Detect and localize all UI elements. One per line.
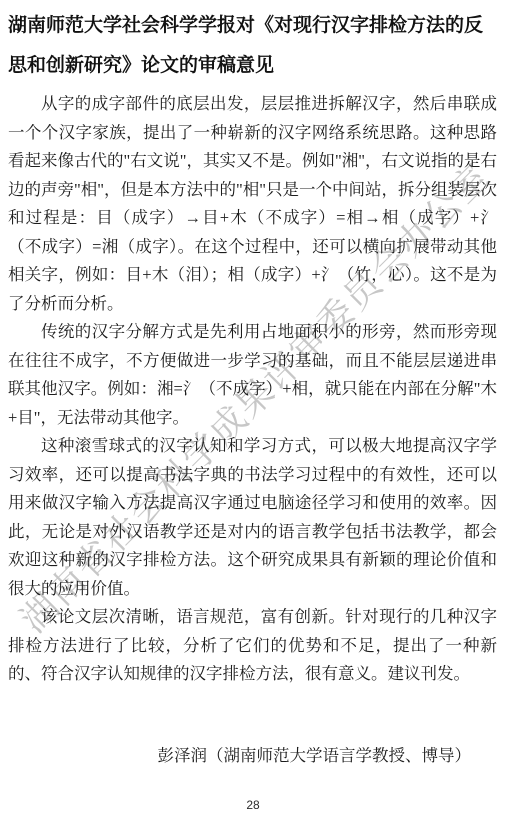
paragraph-2: 传统的汉字分解方式是先利用占地面积小的形旁，然而形旁现在往往不成字，不方便做进一… — [8, 318, 497, 432]
page-number: 28 — [0, 798, 506, 812]
paragraph-4: 该论文层次清晰，语言规范，富有创新。针对现行的几种汉字排检方法进行了比较，分析了… — [8, 603, 497, 689]
paragraph-1: 从字的成字部件的底层出发，层层推进拆解汉字，然后串联成一个个汉字家族，提出了一种… — [8, 90, 497, 318]
document-page: 湖南省社会科学成果评审委员会办公室 湖南师范大学社会科学学报对《对现行汉字排检方… — [0, 0, 506, 825]
document-content: 湖南师范大学社会科学学报对《对现行汉字排检方法的反思和创新研究》论文的审稿意见 … — [0, 0, 506, 770]
reviewer-signature: 彭泽润（湖南师范大学语言学教授、博导） — [8, 742, 497, 771]
document-title: 湖南师范大学社会科学学报对《对现行汉字排检方法的反思和创新研究》论文的审稿意见 — [8, 6, 497, 86]
paragraph-3: 这种滚雪球式的汉字认知和学习方式，可以极大地提高汉字学习效率，还可以提高书法字典… — [8, 432, 497, 603]
